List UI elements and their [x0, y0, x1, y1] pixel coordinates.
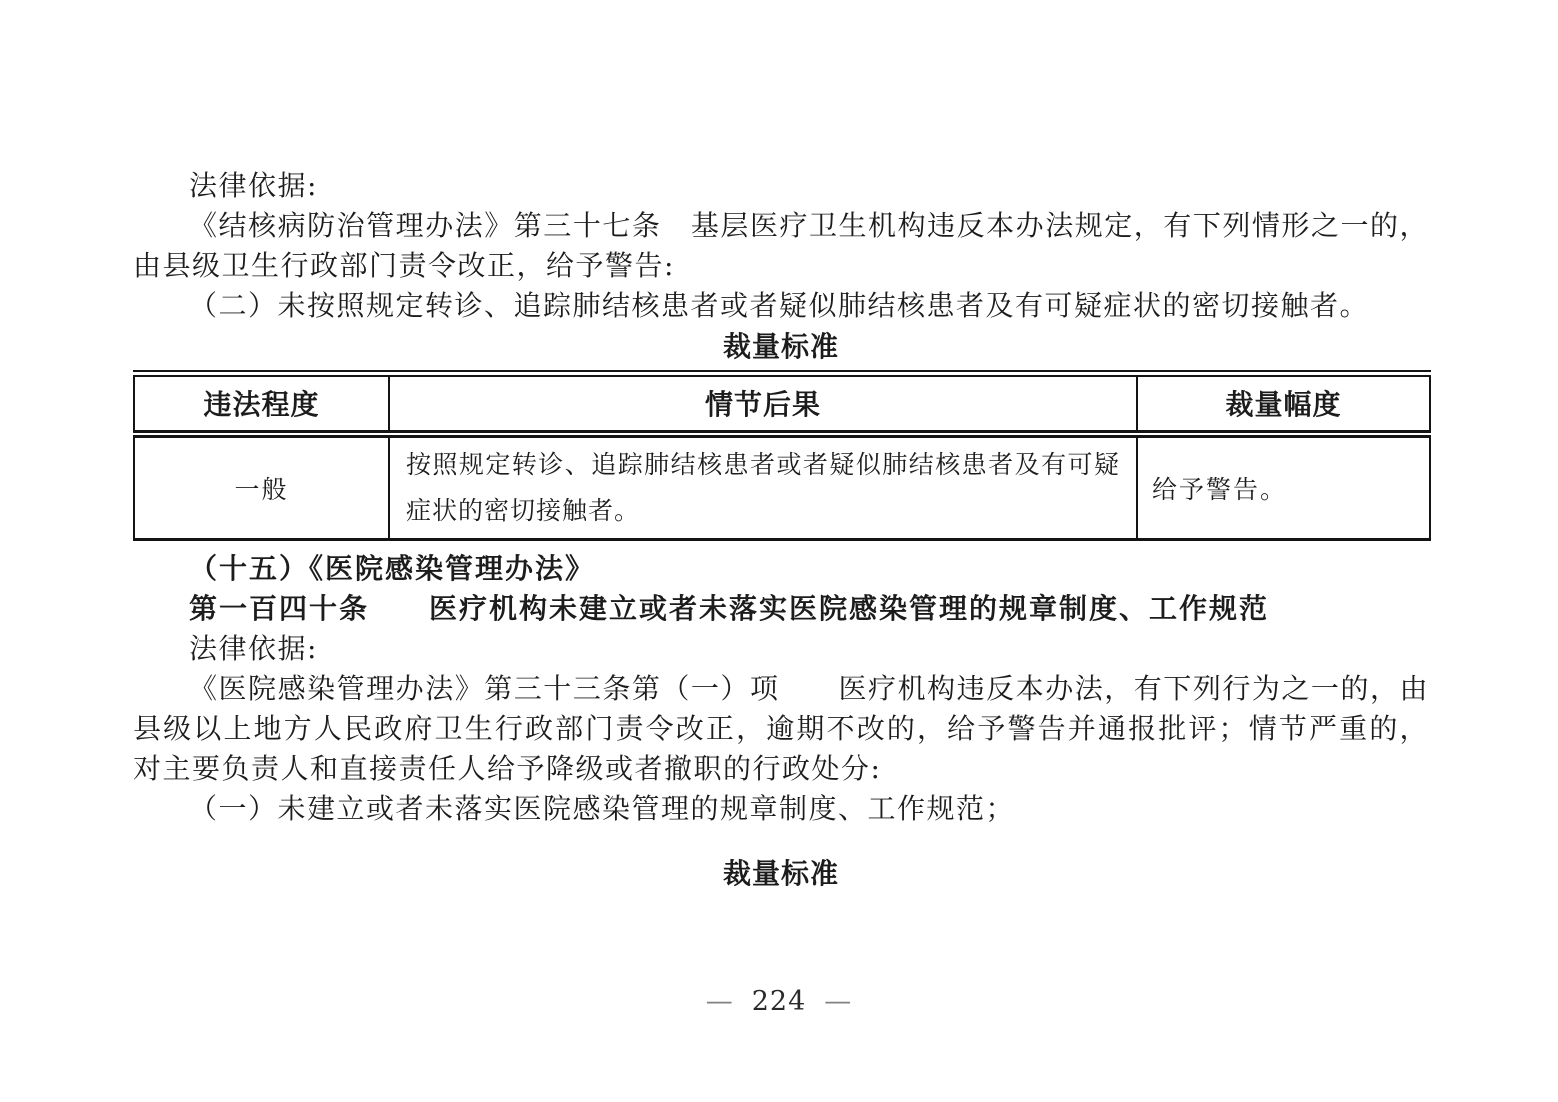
document-page: { "tb_section": { "legal_basis_label": "… [0, 0, 1558, 1102]
legal-basis-label-tb: 法律依据: [133, 166, 1429, 206]
hospital-clause-paragraph: 《医院感染管理办法》第三十三条第（一）项 医疗机构违反本办法，有下列行为之一的，… [133, 669, 1429, 789]
header-cell-discretion-range: 裁量幅度 [1137, 374, 1430, 434]
footer-left-dash: — [688, 986, 752, 1017]
page-content: 法律依据: 《结核病防治管理办法》第三十七条 基层医疗卫生机构违反本办法规定，有… [133, 0, 1429, 897]
page-footer: —224— [0, 986, 1558, 1017]
tb-item-paragraph: （二）未按照规定转诊、追踪肺结核患者或者疑似肺结核患者及有可疑症状的密切接触者。 [133, 286, 1429, 326]
article-heading-140: 第一百四十条 医疗机构未建立或者未落实医院感染管理的规章制度、工作规范 [133, 589, 1429, 629]
discretion-table: 违法程度 情节后果 裁量幅度 一般 按照规定转诊、追踪肺结核患者或者疑似肺结核患… [133, 370, 1431, 541]
cell-discretion-range: 给予警告。 [1137, 434, 1430, 540]
section-heading-hospital: （十五）《医院感染管理办法》 [133, 549, 1429, 589]
cell-circumstance-consequence: 按照规定转诊、追踪肺结核患者或者疑似肺结核患者及有可疑症状的密切接触者。 [389, 434, 1137, 540]
tb-clause-paragraph: 《结核病防治管理办法》第三十七条 基层医疗卫生机构违反本办法规定，有下列情形之一… [133, 206, 1429, 286]
discretion-standard-title-1: 裁量标准 [133, 328, 1429, 366]
page-number: 224 [752, 986, 807, 1017]
hospital-item-paragraph: （一）未建立或者未落实医院感染管理的规章制度、工作规范； [133, 789, 1429, 829]
header-cell-circumstance-consequence: 情节后果 [389, 374, 1137, 434]
legal-basis-label-hospital: 法律依据: [133, 629, 1429, 669]
header-cell-violation-degree: 违法程度 [134, 374, 389, 434]
table-row: 一般 按照规定转诊、追踪肺结核患者或者疑似肺结核患者及有可疑症状的密切接触者。 … [134, 434, 1430, 540]
footer-right-dash: — [806, 986, 870, 1017]
cell-violation-degree: 一般 [134, 434, 389, 540]
table-header-row: 违法程度 情节后果 裁量幅度 [134, 374, 1430, 434]
discretion-standard-title-2: 裁量标准 [133, 855, 1429, 893]
